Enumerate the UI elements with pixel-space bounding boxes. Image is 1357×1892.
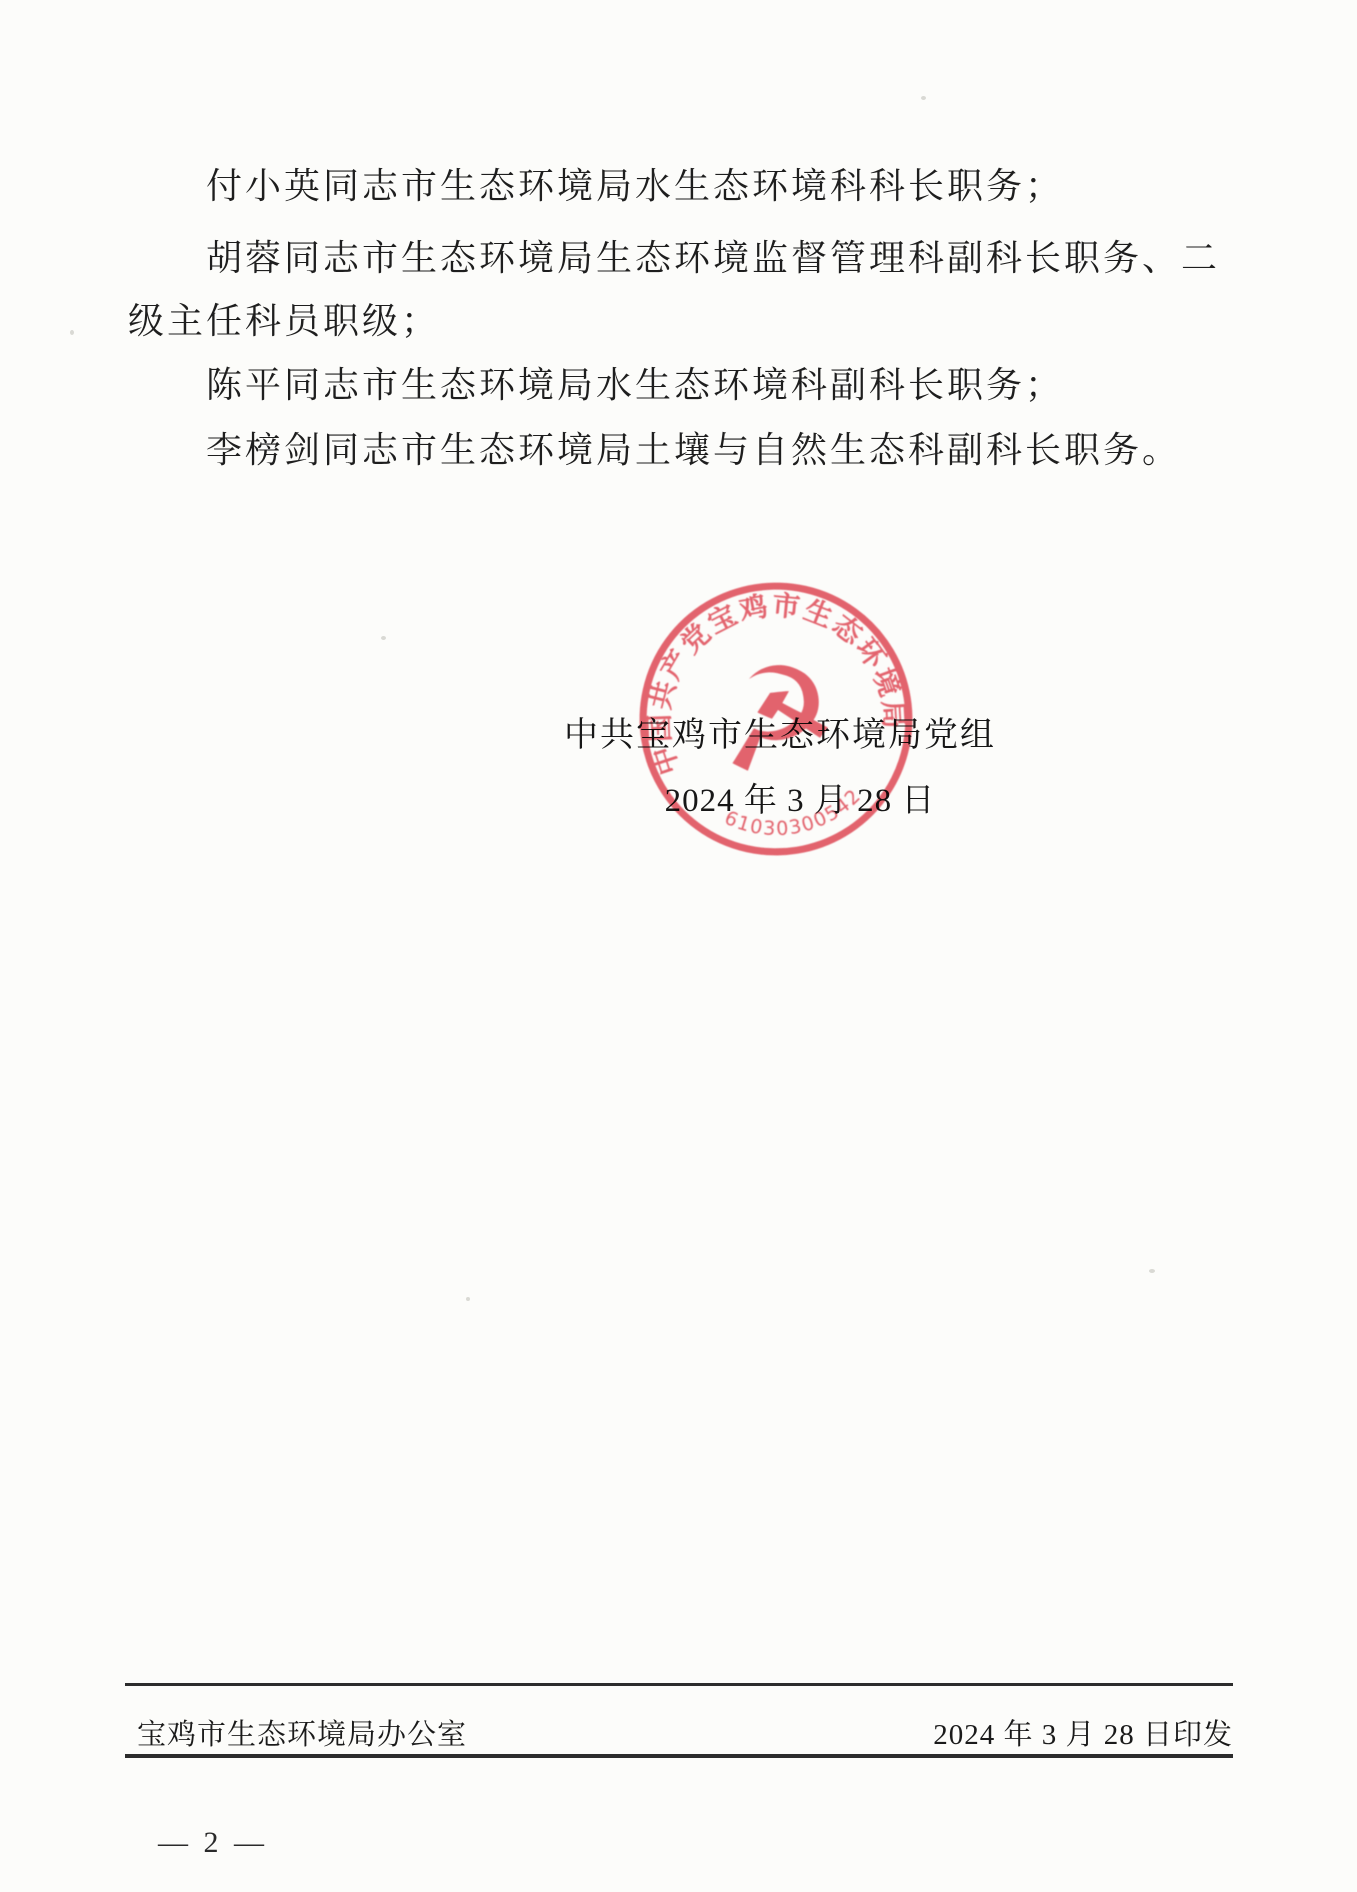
footer-rule-bottom — [125, 1754, 1233, 1758]
footer-print-date: 2024 年 3 月 28 日印发 — [933, 1712, 1233, 1753]
body-line: 付小英同志市生态环境局水生态环境科科长职务； — [128, 167, 1316, 205]
scan-speck — [1149, 1269, 1155, 1273]
body-line: 李榜剑同志市生态环境局土壤与自然生态科副科长职务。 — [128, 431, 1316, 469]
document-page: 付小英同志市生态环境局水生态环境科科长职务； 胡蓉同志市生态环境局生态环境监督管… — [0, 0, 1357, 1892]
footer-rule-top — [125, 1683, 1233, 1686]
scan-speck — [466, 1297, 470, 1301]
scan-speck — [381, 636, 386, 640]
scan-speck — [70, 330, 74, 335]
body-line: 胡蓉同志市生态环境局生态环境监督管理科副科长职务、二 — [128, 239, 1316, 277]
page-number: — 2 — — [158, 1826, 268, 1860]
body-line: 级主任科员职级； — [128, 302, 1238, 340]
official-seal: 中国共产党宝鸡市生态环境局党组 ☭ 6103030054295 — [614, 557, 939, 882]
body-line: 陈平同志市生态环境局水生态环境科副科长职务； — [128, 366, 1316, 404]
scan-speck — [921, 96, 926, 100]
hammer-sickle-icon: ☭ — [703, 631, 849, 807]
footer-office-name: 宝鸡市生态环境局办公室 — [137, 1712, 467, 1753]
